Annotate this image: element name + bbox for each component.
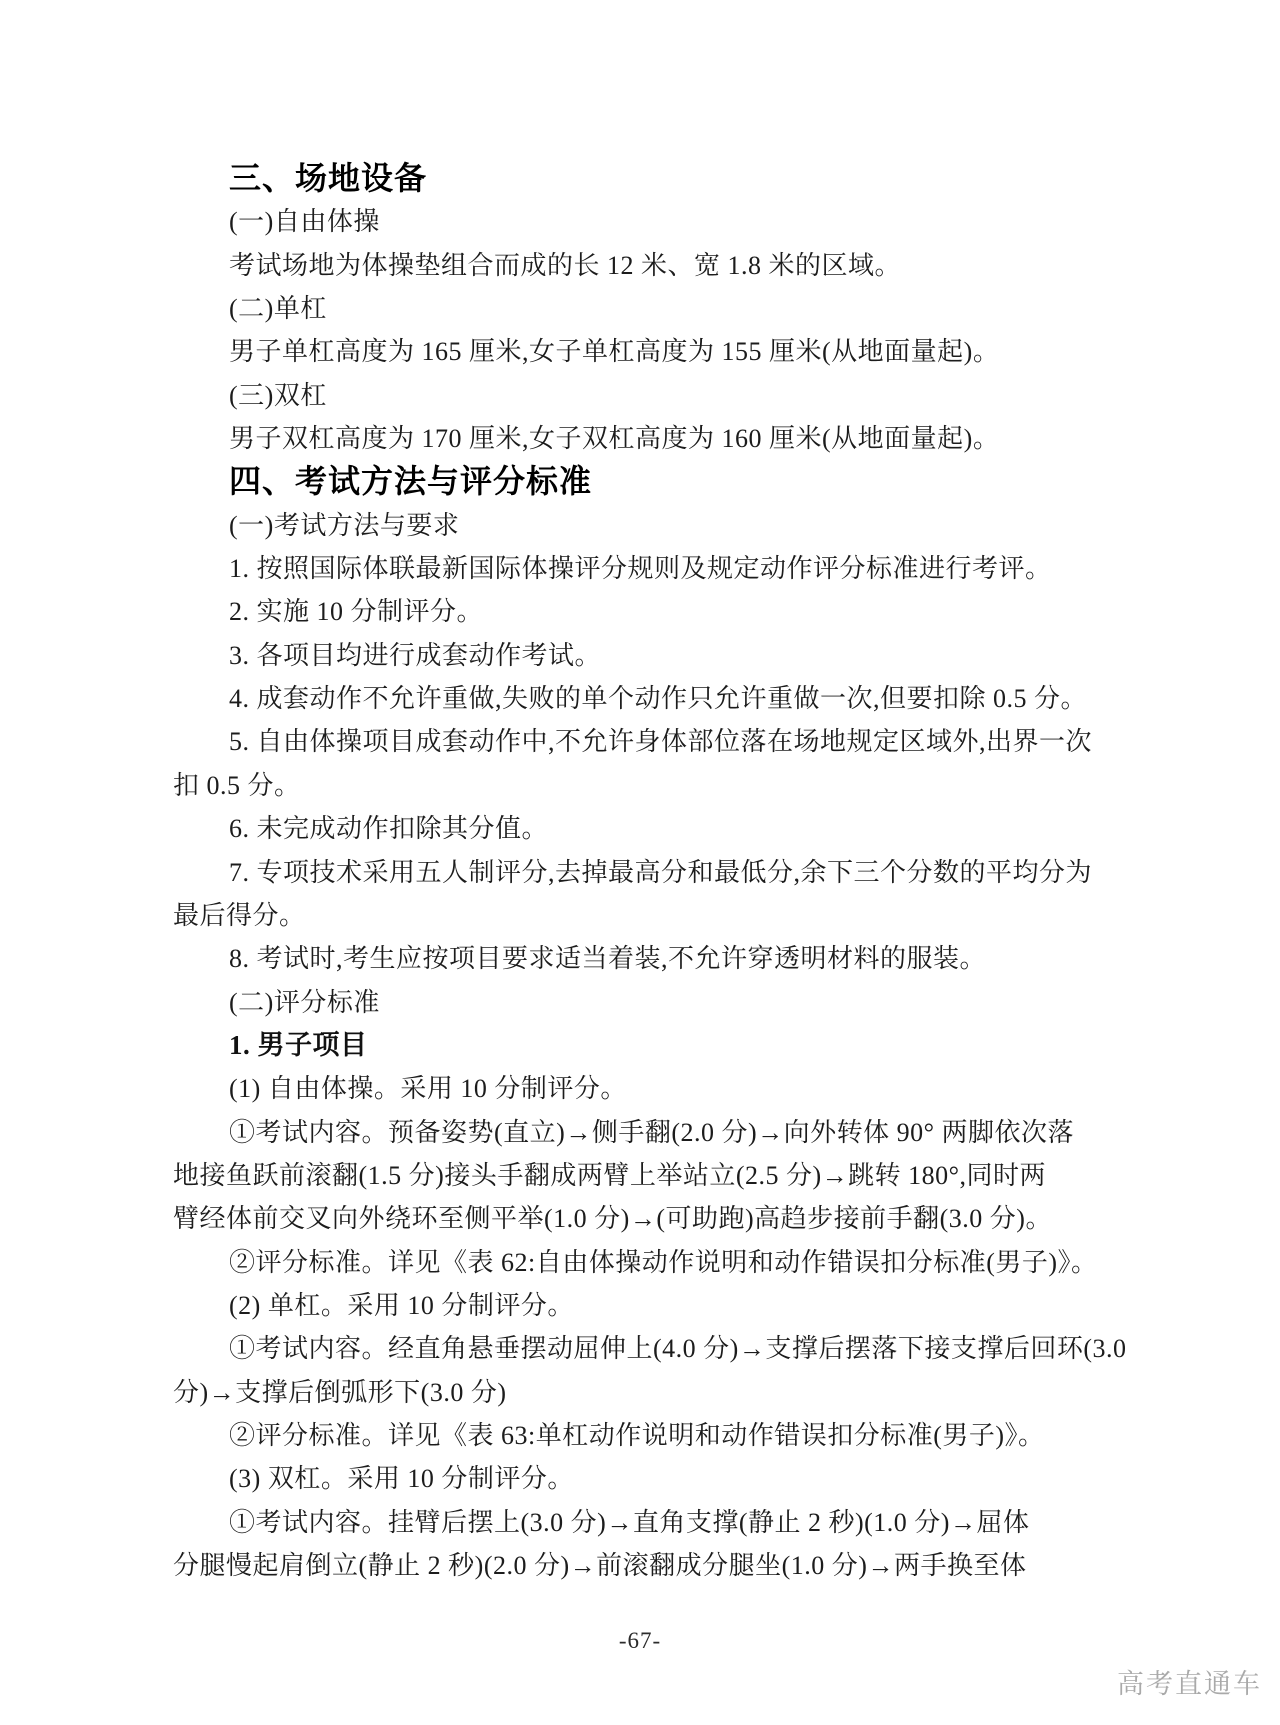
- section-heading: 三、场地设备: [173, 157, 1107, 200]
- text-line: ②评分标准。详见《表 63:单杠动作说明和动作错误扣分标准(男子)》。: [173, 1414, 1107, 1457]
- text-line: (二)单杠: [173, 287, 1107, 330]
- text-line: (二)评分标准: [173, 981, 1107, 1024]
- text-line: 4. 成套动作不允许重做,失败的单个动作只允许重做一次,但要扣除 0.5 分。: [173, 677, 1107, 720]
- document-body: 三、场地设备(一)自由体操考试场地为体操垫组合而成的长 12 米、宽 1.8 米…: [173, 157, 1107, 1587]
- text-line: 扣 0.5 分。: [173, 764, 1107, 807]
- text-line: 1. 按照国际体联最新国际体操评分规则及规定动作评分标准进行考评。: [173, 547, 1107, 590]
- text-line: 地接鱼跃前滚翻(1.5 分)接头手翻成两臂上举站立(2.5 分)→跳转 180°…: [173, 1154, 1107, 1197]
- text-line: 3. 各项目均进行成套动作考试。: [173, 634, 1107, 677]
- text-line: 5. 自由体操项目成套动作中,不允许身体部位落在场地规定区域外,出界一次: [173, 720, 1107, 763]
- text-line: 考试场地为体操垫组合而成的长 12 米、宽 1.8 米的区域。: [173, 244, 1107, 287]
- text-line: ①考试内容。经直角悬垂摆动屈伸上(4.0 分)→支撑后摆落下接支撑后回环(3.0: [173, 1327, 1107, 1370]
- text-line: 分腿慢起肩倒立(静止 2 秒)(2.0 分)→前滚翻成分腿坐(1.0 分)→两手…: [173, 1544, 1107, 1587]
- text-line: 6. 未完成动作扣除其分值。: [173, 807, 1107, 850]
- text-line: 8. 考试时,考生应按项目要求适当着装,不允许穿透明材料的服装。: [173, 937, 1107, 980]
- document-page: 三、场地设备(一)自由体操考试场地为体操垫组合而成的长 12 米、宽 1.8 米…: [0, 0, 1280, 1725]
- text-line: ①考试内容。预备姿势(直立)→侧手翻(2.0 分)→向外转体 90° 两脚依次落: [173, 1111, 1107, 1154]
- page-number: -67-: [0, 1628, 1280, 1654]
- text-line: ①考试内容。挂臂后摆上(3.0 分)→直角支撑(静止 2 秒)(1.0 分)→屈…: [173, 1501, 1107, 1544]
- section-heading: 四、考试方法与评分标准: [173, 460, 1107, 503]
- text-line: (一)自由体操: [173, 200, 1107, 243]
- text-line: (1) 自由体操。采用 10 分制评分。: [173, 1067, 1107, 1110]
- text-line: (3) 双杠。采用 10 分制评分。: [173, 1457, 1107, 1500]
- text-line: 2. 实施 10 分制评分。: [173, 590, 1107, 633]
- text-line: (一)考试方法与要求: [173, 504, 1107, 547]
- text-line: 臂经体前交叉向外绕环至侧平举(1.0 分)→(可助跑)高趋步接前手翻(3.0 分…: [173, 1197, 1107, 1240]
- text-line: (2) 单杠。采用 10 分制评分。: [173, 1284, 1107, 1327]
- text-line: 最后得分。: [173, 894, 1107, 937]
- text-line: ②评分标准。详见《表 62:自由体操动作说明和动作错误扣分标准(男子)》。: [173, 1241, 1107, 1284]
- text-line: 男子单杠高度为 165 厘米,女子单杠高度为 155 厘米(从地面量起)。: [173, 330, 1107, 373]
- watermark: 高考直通车: [1117, 1662, 1262, 1701]
- text-line: 男子双杠高度为 170 厘米,女子双杠高度为 160 厘米(从地面量起)。: [173, 417, 1107, 460]
- subsection-heading: 1. 男子项目: [173, 1024, 1107, 1067]
- text-line: 分)→支撑后倒弧形下(3.0 分): [173, 1371, 1107, 1414]
- text-line: (三)双杠: [173, 374, 1107, 417]
- text-line: 7. 专项技术采用五人制评分,去掉最高分和最低分,余下三个分数的平均分为: [173, 851, 1107, 894]
